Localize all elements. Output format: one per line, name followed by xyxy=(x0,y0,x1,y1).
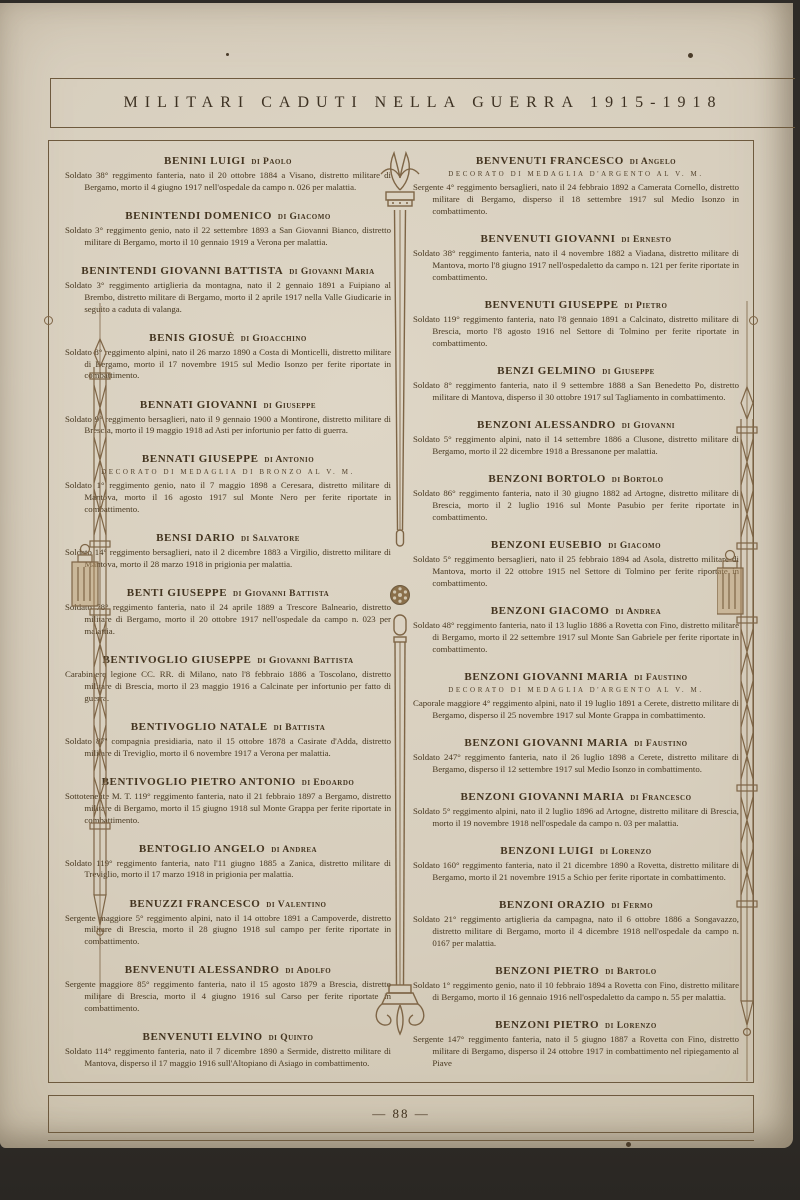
entry-name: BENZONI ORAZIO xyxy=(499,899,606,911)
footer-rule xyxy=(48,1140,754,1141)
entry-body: Soldato 3° reggimento genio, nato il 22 … xyxy=(65,225,391,249)
entry-heading: BENVENUTI GIUSEPPE di Pietro xyxy=(413,299,739,311)
rosette-ornament xyxy=(388,583,412,607)
entry-name: BENINTENDI DOMENICO xyxy=(125,210,272,222)
entry-heading: BENZONI ORAZIO di Fermo xyxy=(413,899,739,911)
entry-body: Soldato 119° reggimento fanteria, nato l… xyxy=(413,314,739,350)
casualty-entry: BENVENUTI FRANCESCO di Angelo DECORATO D… xyxy=(411,155,741,218)
entry-patronymic: di Salvatore xyxy=(235,534,300,544)
entry-heading: BENINTENDI GIOVANNI BATTISTA di Giovanni… xyxy=(65,265,391,277)
entry-decoration: DECORATO DI MEDAGLIA D'ARGENTO AL V. M. xyxy=(413,686,739,694)
entry-heading: BENZI GELMINO di Giuseppe xyxy=(413,365,739,377)
entry-patronymic: di Paolo xyxy=(246,157,292,167)
entry-name: BENZONI PIETRO xyxy=(495,965,599,977)
entry-heading: BENVENUTI ELVINO di Quinto xyxy=(65,1031,391,1043)
entry-patronymic: di Faustino xyxy=(628,673,687,683)
entry-body: Sergente 147° reggimento fanteria, nato … xyxy=(413,1034,739,1070)
entry-patronymic: di Pietro xyxy=(619,301,668,311)
entry-body: Soldato 114° reggimento fanteria, nato i… xyxy=(65,1046,391,1070)
entry-patronymic: di Giuseppe xyxy=(596,367,654,377)
entry-body: Sergente 4° reggimento bersaglieri, nato… xyxy=(413,182,739,218)
entry-patronymic: di Bartolo xyxy=(599,967,656,977)
frame-ring-right xyxy=(749,316,758,325)
entry-heading: BENINTENDI DOMENICO di Giacomo xyxy=(65,210,391,222)
title-band: MILITARI CADUTI NELLA GUERRA 1915-1918 xyxy=(50,78,795,128)
paper-speck xyxy=(626,1142,631,1147)
entry-patronymic: di Giovanni Battista xyxy=(227,589,329,599)
entry-name: BENTI GIUSEPPE xyxy=(127,587,227,599)
entry-body: Soldato 8° reggimento fanteria, nato il … xyxy=(413,380,739,404)
entry-patronymic: di Giuseppe xyxy=(258,401,316,411)
entry-heading: BENVENUTI GIOVANNI di Ernesto xyxy=(413,233,739,245)
entry-name: BENIS GIOSUÈ xyxy=(149,332,235,344)
entry-body: Soldato 21° reggimento artiglieria da ca… xyxy=(413,914,739,950)
entry-heading: BENZONI PIETRO di Bartolo xyxy=(413,965,739,977)
entry-patronymic: di Giovanni xyxy=(616,421,675,431)
entry-patronymic: di Angelo xyxy=(624,157,676,167)
entry-heading: BENVENUTI FRANCESCO di Angelo xyxy=(413,155,739,167)
entry-name: BENVENUTI GIOVANNI xyxy=(480,233,615,245)
entry-body: Caporale maggiore 4° reggimento alpini, … xyxy=(413,698,739,722)
casualty-entry: BENVENUTI ELVINO di Quinto Soldato 114° … xyxy=(63,1031,393,1070)
entry-body: Soldato 38° reggimento fanteria, nato il… xyxy=(65,170,391,194)
entry-name: BENZONI PIETRO xyxy=(495,1019,599,1031)
entry-name: BENNATI GIOVANNI xyxy=(140,399,258,411)
entry-patronymic: di Fermo xyxy=(605,901,653,911)
entry-patronymic: di Lorenzo xyxy=(594,847,652,857)
entry-patronymic: di Francesco xyxy=(624,793,691,803)
casualty-entry: BENZONI GIACOMO di Andrea Soldato 48° re… xyxy=(411,605,741,656)
entry-name: BENINTENDI GIOVANNI BATTISTA xyxy=(81,265,283,277)
entry-name: BENNATI GIUSEPPE xyxy=(142,453,259,465)
entry-name: BENUZZI FRANCESCO xyxy=(130,898,261,910)
entry-name: BENZONI GIOVANNI MARIA xyxy=(460,791,624,803)
entry-name: BENVENUTI ELVINO xyxy=(143,1031,263,1043)
entry-name: BENZONI GIOVANNI MARIA xyxy=(464,671,628,683)
entry-patronymic: di Faustino xyxy=(628,739,687,749)
left-fasces-ornament xyxy=(70,303,130,1003)
entry-body: Soldato 5° reggimento bersaglieri, nato … xyxy=(413,554,739,590)
paper-speck xyxy=(688,53,693,58)
right-fasces-ornament xyxy=(717,301,777,1081)
frame-ring-left xyxy=(44,316,53,325)
entry-name: BENZONI LUIGI xyxy=(500,845,594,857)
entry-name: BENVENUTI GIUSEPPE xyxy=(485,299,619,311)
entry-patronymic: di Ernesto xyxy=(615,235,671,245)
entry-patronymic: di Gioacchino xyxy=(235,334,307,344)
casualty-entry: BENZI GELMINO di Giuseppe Soldato 8° reg… xyxy=(411,365,741,404)
entry-decoration: DECORATO DI MEDAGLIA D'ARGENTO AL V. M. xyxy=(413,170,739,178)
entry-body: Soldato 160° reggimento fanteria, nato i… xyxy=(413,860,739,884)
paper-speck xyxy=(226,53,229,56)
entry-patronymic: di Battista xyxy=(268,723,326,733)
entry-name: BENZONI ALESSANDRO xyxy=(477,419,616,431)
page-title: MILITARI CADUTI NELLA GUERRA 1915-1918 xyxy=(124,94,723,112)
entry-body: Soldato 247° reggimento fanteria, nato i… xyxy=(413,752,739,776)
casualty-entry: BENZONI BORTOLO di Bortolo Soldato 86° r… xyxy=(411,473,741,524)
center-column-scroll-ornament xyxy=(372,613,428,1048)
entry-patronymic: di Quinto xyxy=(263,1033,314,1043)
entry-patronymic: di Giovanni Maria xyxy=(283,267,374,277)
center-column-eagle-ornament xyxy=(372,148,428,568)
entry-name: BENVENUTI FRANCESCO xyxy=(476,155,624,167)
entry-heading: BENZONI PIETRO di Lorenzo xyxy=(413,1019,739,1031)
casualty-entry: BENZONI GIOVANNI MARIA di Faustino DECOR… xyxy=(411,671,741,722)
entry-patronymic: di Lorenzo xyxy=(599,1021,657,1031)
casualty-entry: BENZONI EUSEBIO di Giacomo Soldato 5° re… xyxy=(411,539,741,590)
entry-heading: BENZONI BORTOLO di Bortolo xyxy=(413,473,739,485)
entry-patronymic: di Andrea xyxy=(265,845,317,855)
entry-body: Soldato 38° reggimento fanteria, nato il… xyxy=(413,248,739,284)
footer-band: — 88 — xyxy=(48,1095,754,1133)
entry-body: Soldato 1° reggimento genio, nato il 10 … xyxy=(413,980,739,1004)
casualty-entry: BENZONI ORAZIO di Fermo Soldato 21° regg… xyxy=(411,899,741,950)
entry-name: BENZONI GIACOMO xyxy=(491,605,610,617)
casualty-entry: BENINTENDI DOMENICO di Giacomo Soldato 3… xyxy=(63,210,393,249)
entry-name: BENZONI BORTOLO xyxy=(488,473,606,485)
casualty-entry: BENZONI PIETRO di Bartolo Soldato 1° reg… xyxy=(411,965,741,1004)
entry-patronymic: di Adolfo xyxy=(279,966,331,976)
entry-name: BENTIVOGLIO NATALE xyxy=(131,721,268,733)
casualty-entry: BENZONI GIOVANNI MARIA di Francesco Sold… xyxy=(411,791,741,830)
entry-body: Soldato 5° reggimento alpini, nato il 2 … xyxy=(413,806,739,830)
entry-heading: BENZONI LUIGI di Lorenzo xyxy=(413,845,739,857)
entry-name: BENVENUTI ALESSANDRO xyxy=(125,964,280,976)
casualty-entry: BENZONI ALESSANDRO di Giovanni Soldato 5… xyxy=(411,419,741,458)
entry-body: Soldato 86° reggimento fanteria, nato il… xyxy=(413,488,739,524)
entry-heading: BENZONI ALESSANDRO di Giovanni xyxy=(413,419,739,431)
entry-body: Soldato 48° reggimento fanteria, nato il… xyxy=(413,620,739,656)
entry-patronymic: di Giacomo xyxy=(602,541,661,551)
casualty-entry: BENINI LUIGI di Paolo Soldato 38° reggim… xyxy=(63,155,393,194)
entry-body: Soldato 5° reggimento alpini, nato il 14… xyxy=(413,434,739,458)
entry-name: BENZONI EUSEBIO xyxy=(491,539,602,551)
entry-heading: BENZONI GIACOMO di Andrea xyxy=(413,605,739,617)
entry-heading: BENZONI GIOVANNI MARIA di Francesco xyxy=(413,791,739,803)
casualty-entry: BENVENUTI GIUSEPPE di Pietro Soldato 119… xyxy=(411,299,741,350)
entry-heading: BENZONI EUSEBIO di Giacomo xyxy=(413,539,739,551)
entry-heading: BENINI LUIGI di Paolo xyxy=(65,155,391,167)
entry-patronymic: di Bortolo xyxy=(606,475,664,485)
entry-patronymic: di Antonio xyxy=(259,455,315,465)
entry-patronymic: di Valentino xyxy=(260,900,326,910)
casualty-entry: BENVENUTI GIOVANNI di Ernesto Soldato 38… xyxy=(411,233,741,284)
entry-name: BENTIVOGLIO PIETRO ANTONIO xyxy=(102,776,296,788)
entry-name: BENINI LUIGI xyxy=(164,155,245,167)
entry-patronymic: di Edoardo xyxy=(296,778,354,788)
entry-patronymic: di Andrea xyxy=(609,607,661,617)
scanned-book-page: MILITARI CADUTI NELLA GUERRA 1915-1918 B… xyxy=(0,3,793,1148)
entry-patronymic: di Giacomo xyxy=(272,212,331,222)
entry-name: BENTOGLIO ANGELO xyxy=(139,843,265,855)
entry-heading: BENZONI GIOVANNI MARIA di Faustino xyxy=(413,737,739,749)
entry-name: BENSI DARIO xyxy=(156,532,235,544)
casualty-entry: BENZONI PIETRO di Lorenzo Sergente 147° … xyxy=(411,1019,741,1070)
entry-patronymic: di Giovanni Battista xyxy=(251,656,353,666)
entry-name: BENZI GELMINO xyxy=(497,365,596,377)
entry-heading: BENZONI GIOVANNI MARIA di Faustino xyxy=(413,671,739,683)
casualty-entry: BENZONI LUIGI di Lorenzo Soldato 160° re… xyxy=(411,845,741,884)
casualty-entry: BENZONI GIOVANNI MARIA di Faustino Solda… xyxy=(411,737,741,776)
page-number: — 88 — xyxy=(372,1106,430,1122)
right-column: BENVENUTI FRANCESCO di Angelo DECORATO D… xyxy=(411,155,741,1070)
entry-name: BENZONI GIOVANNI MARIA xyxy=(464,737,628,749)
